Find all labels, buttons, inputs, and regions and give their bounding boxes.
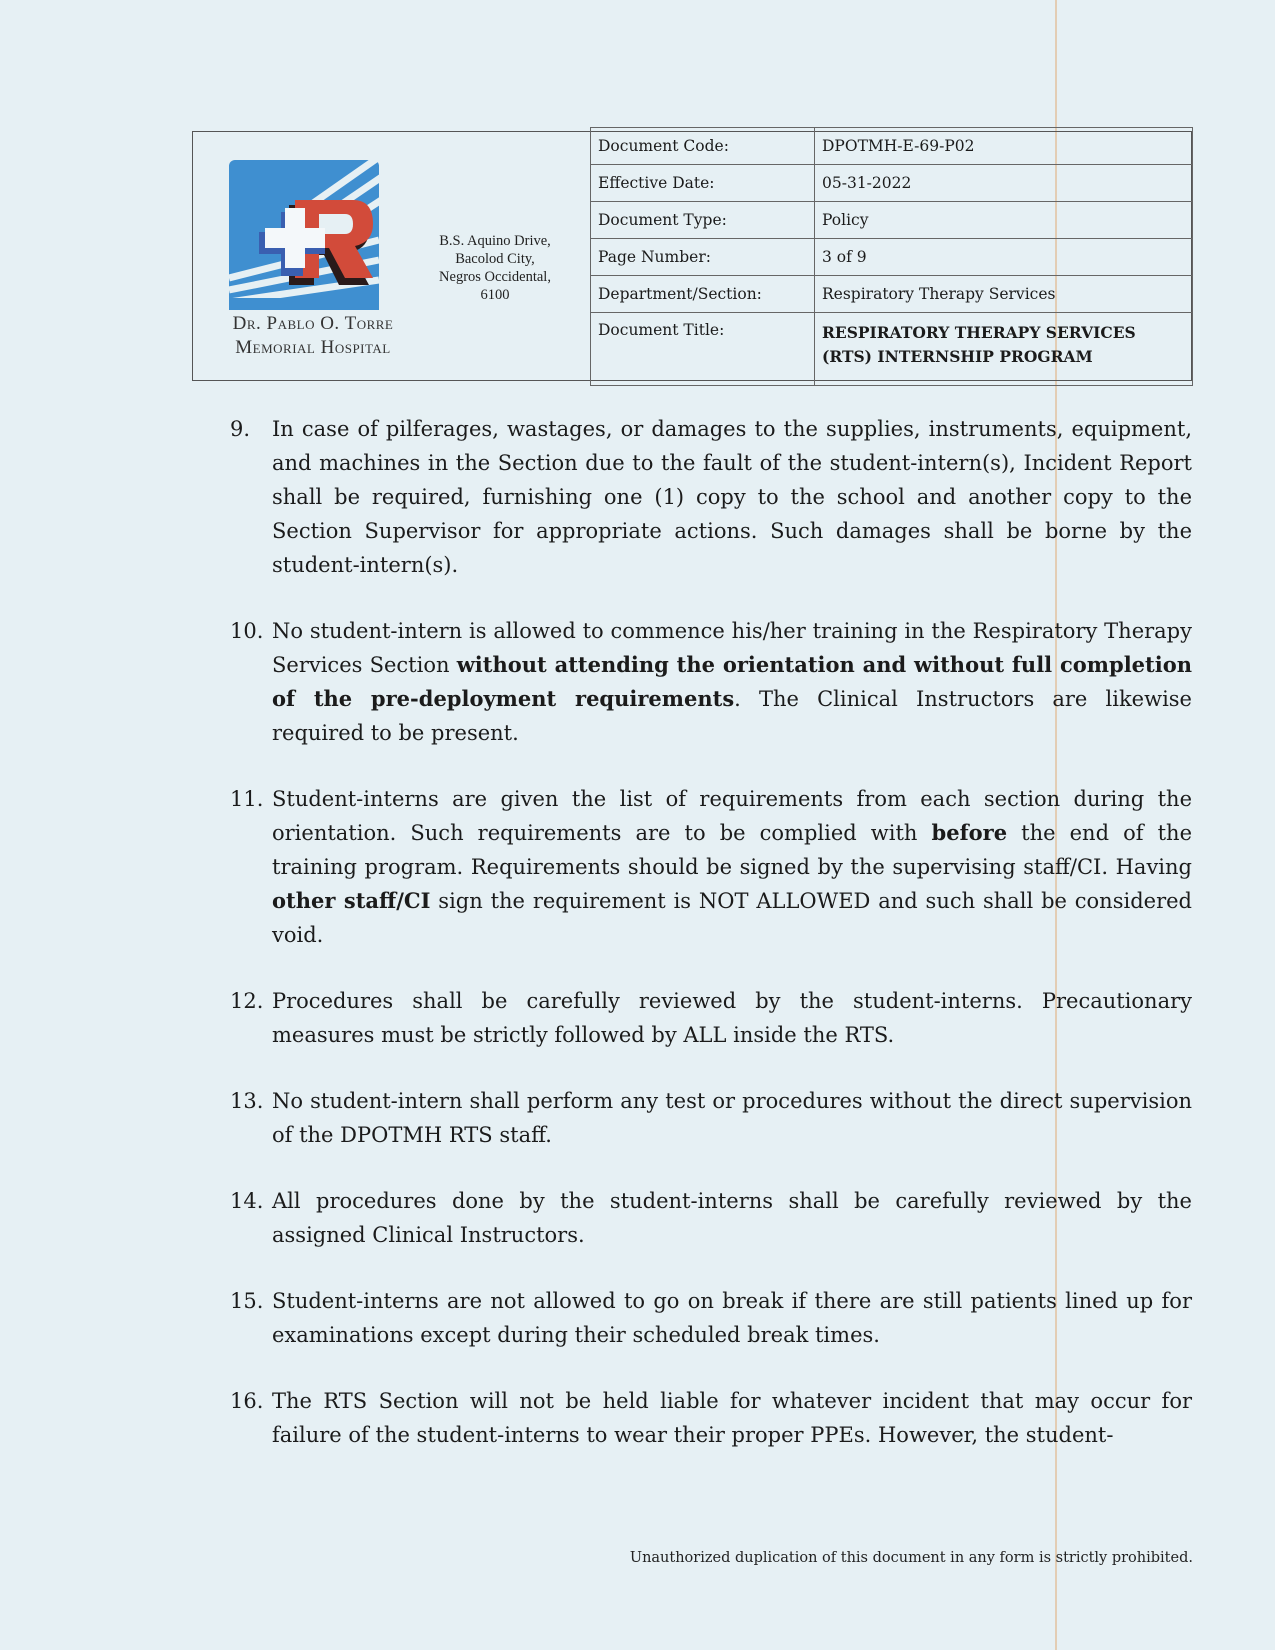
meta-label: Document Title: <box>591 313 815 386</box>
meta-label: Document Code: <box>591 128 815 165</box>
document-title-line2: (RTS) INTERNSHIP PROGRAM <box>822 345 1185 369</box>
meta-row: Document Code: DPOTMH-E-69-P02 <box>591 128 1193 165</box>
meta-label: Page Number: <box>591 239 815 276</box>
meta-value-page-number: 3 of 9 <box>815 239 1193 276</box>
policy-item-text: No student-intern shall perform any test… <box>272 1089 1192 1147</box>
policy-item: 14.All procedures done by the student-in… <box>230 1184 1192 1252</box>
document-header: Dr. Pablo O. Torre Memorial Hospital B.S… <box>192 131 1192 381</box>
policy-item: 13.No student-intern shall perform any t… <box>230 1084 1192 1152</box>
text-segment: Student-interns are not allowed to go on… <box>272 1289 1192 1347</box>
meta-value-document-title: RESPIRATORY THERAPY SERVICES (RTS) INTER… <box>815 313 1193 386</box>
text-segment: All procedures done by the student-inter… <box>272 1189 1192 1247</box>
meta-row: Effective Date: 05-31-2022 <box>591 165 1193 202</box>
policy-item-text: In case of pilferages, wastages, or dama… <box>272 417 1192 577</box>
policy-item-number: 12. <box>230 984 263 1018</box>
policy-item-number: 16. <box>230 1384 263 1418</box>
policy-item: 15.Student-interns are not allowed to go… <box>230 1284 1192 1352</box>
meta-label: Effective Date: <box>591 165 815 202</box>
hospital-address: B.S. Aquino Drive, Bacolod City, Negros … <box>415 232 575 304</box>
text-segment: Procedures shall be carefully reviewed b… <box>272 989 1192 1047</box>
policy-item-text: No student-intern is allowed to commence… <box>272 619 1192 745</box>
policy-item-number: 15. <box>230 1284 263 1318</box>
hospital-name: Dr. Pablo O. Torre Memorial Hospital <box>203 312 423 360</box>
meta-value-effective-date: 05-31-2022 <box>815 165 1193 202</box>
policy-item-number: 9. <box>230 412 250 446</box>
address-line: Negros Occidental, <box>415 268 575 286</box>
meta-row: Document Type: Policy <box>591 202 1193 239</box>
hospital-name-line2: Memorial Hospital <box>203 336 423 360</box>
policy-item: 12.Procedures shall be carefully reviewe… <box>230 984 1192 1052</box>
policy-items-list: 9.In case of pilferages, wastages, or da… <box>230 412 1192 1484</box>
document-title-line1: RESPIRATORY THERAPY SERVICES <box>822 321 1185 345</box>
document-meta-table: Document Code: DPOTMH-E-69-P02 Effective… <box>590 127 1193 386</box>
policy-item-text: Student-interns are given the list of re… <box>272 787 1192 947</box>
policy-item-text: All procedures done by the student-inter… <box>272 1189 1192 1247</box>
emphasis-text: before <box>932 820 1008 845</box>
meta-row: Document Title: RESPIRATORY THERAPY SERV… <box>591 313 1193 386</box>
text-segment: No student-intern shall perform any test… <box>272 1089 1192 1147</box>
policy-item-number: 13. <box>230 1084 263 1118</box>
emphasis-text: other staff/CI <box>272 888 430 913</box>
policy-item: 11.Student-interns are given the list of… <box>230 782 1192 952</box>
hospital-logo-icon <box>229 160 387 318</box>
meta-value-department: Respiratory Therapy Services <box>815 276 1193 313</box>
address-line: B.S. Aquino Drive, <box>415 232 575 250</box>
policy-item-text: Student-interns are not allowed to go on… <box>272 1289 1192 1347</box>
hospital-branding: Dr. Pablo O. Torre Memorial Hospital B.S… <box>193 132 591 380</box>
meta-row: Page Number: 3 of 9 <box>591 239 1193 276</box>
policy-item-number: 10. <box>230 614 263 648</box>
meta-value-document-type: Policy <box>815 202 1193 239</box>
text-segment: The RTS Section will not be held liable … <box>272 1389 1192 1447</box>
policy-item-number: 11. <box>230 782 263 816</box>
text-segment: In case of pilferages, wastages, or dama… <box>272 417 1192 577</box>
address-line: 6100 <box>415 286 575 304</box>
footer-notice: Unauthorized duplication of this documen… <box>630 1550 1193 1566</box>
policy-item-text: Procedures shall be carefully reviewed b… <box>272 989 1192 1047</box>
hospital-name-line1: Dr. Pablo O. Torre <box>203 312 423 336</box>
policy-item: 16.The RTS Section will not be held liab… <box>230 1384 1192 1452</box>
meta-row: Department/Section: Respiratory Therapy … <box>591 276 1193 313</box>
policy-item: 10.No student-intern is allowed to comme… <box>230 614 1192 750</box>
policy-item: 9.In case of pilferages, wastages, or da… <box>230 412 1192 582</box>
policy-item-text: The RTS Section will not be held liable … <box>272 1389 1192 1447</box>
meta-label: Document Type: <box>591 202 815 239</box>
meta-value-document-code: DPOTMH-E-69-P02 <box>815 128 1193 165</box>
address-line: Bacolod City, <box>415 250 575 268</box>
meta-label: Department/Section: <box>591 276 815 313</box>
policy-item-number: 14. <box>230 1184 263 1218</box>
